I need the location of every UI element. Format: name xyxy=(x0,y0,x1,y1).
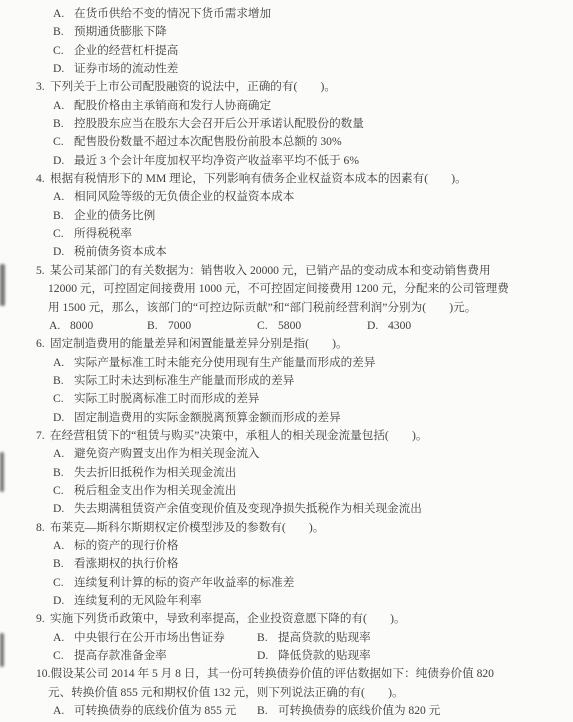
option: C.实际工时脱离标准工时而形成的差异 xyxy=(0,390,573,408)
option-text: 可转换债券的底线价值为 855 元 xyxy=(74,704,236,717)
option: B.7000 xyxy=(147,317,257,335)
option: C.连续复利计算的标的资产年收益率的标准差 xyxy=(0,574,573,592)
question-stem-text: 假设某公司 2014 年 5 月 8 日，其一份可转换债券价值的评估数据如下：纯… xyxy=(51,667,494,680)
option: C.所得税税率 xyxy=(0,225,573,243)
option-label: A. xyxy=(53,97,74,115)
question: 5.某公司某部门的有关数据为：销售收入 20000 元，已销产品的变动成本和变动… xyxy=(0,262,573,335)
question: 10.假设某公司 2014 年 5 月 8 日，其一份可转换债券价值的评估数据如… xyxy=(0,665,573,720)
option-label: C. xyxy=(53,133,74,151)
question-stem-text: 实施下列货币政策中，导致利率提高，企业投资意愿下降的有( )。 xyxy=(50,612,406,625)
option: D.4300 xyxy=(367,317,411,335)
option-label: B. xyxy=(147,317,168,335)
question-number: 9. xyxy=(36,610,50,628)
question: 8.布莱克—斯科尔斯期权定价模型涉及的参数有( )。A.标的资产的现行价格B.看… xyxy=(0,519,573,611)
option-text: 配股价格由主承销商和发行人协商确定 xyxy=(74,99,271,112)
option-text: 实际产量标准工时未能充分使用现有生产能量而形成的差异 xyxy=(74,356,375,369)
option: D.降低贷款的贴现率 xyxy=(257,647,371,665)
option-text: 企业的债务比例 xyxy=(74,209,155,222)
question-stem-line: 8.布莱克—斯科尔斯期权定价模型涉及的参数有( )。 xyxy=(0,519,573,537)
question-stem-line: 7.在经营租赁下的“租赁与购买”决策中，承租人的相关现金流量包括( )。 xyxy=(0,427,573,445)
option-label: C. xyxy=(53,225,74,243)
option-text: 连续复利计算的标的资产年收益率的标准差 xyxy=(74,576,294,589)
option: C.税后租金支出作为相关现金流出 xyxy=(0,482,573,500)
option: A.8000 xyxy=(49,317,147,335)
exam-page: A.在货币供给不变的情况下货币需求增加B.预期通货膨胀下降C.企业的经营杠杆提高… xyxy=(0,0,573,722)
question-stem-line: 6.固定制造费用的能量差异和闲置能量差异分别是指( )。 xyxy=(0,335,573,353)
option-row: C.提高存款准备金率D.降低贷款的贴现率 xyxy=(0,647,573,665)
option-text: 8000 xyxy=(70,319,93,332)
option: B.可转换债券的底线价值为 820 元 xyxy=(257,702,440,720)
option-label: B. xyxy=(53,23,74,41)
option: D.税前债务资本成本 xyxy=(0,243,573,261)
question-stem-line: 10.假设某公司 2014 年 5 月 8 日，其一份可转换债券价值的评估数据如… xyxy=(0,665,573,683)
option-label: D. xyxy=(53,243,74,261)
option-text: 相同风险等级的无负债企业的权益资本成本 xyxy=(74,190,294,203)
option-label: C. xyxy=(53,390,74,408)
option: B.看涨期权的执行价格 xyxy=(0,555,573,573)
option-text: 5800 xyxy=(278,319,301,332)
question-stem-text: 元、转换价值 855 元和期权价值 132 元，则下列说法正确的有( )。 xyxy=(48,686,404,699)
option-label: A. xyxy=(53,354,74,372)
question-number: 7. xyxy=(36,427,50,445)
question-stem-line: 5.某公司某部门的有关数据为：销售收入 20000 元，已销产品的变动成本和变动… xyxy=(0,262,573,280)
option-text: 7000 xyxy=(168,319,191,332)
option-label: B. xyxy=(53,555,74,573)
question-number: 3. xyxy=(36,78,50,96)
option-text: 证券市场的流动性差 xyxy=(74,62,178,75)
option-text: 4300 xyxy=(388,319,411,332)
option: A.避免资产购置支出作为相关现金流入 xyxy=(0,445,573,463)
option-text: 实际工时未达到标准生产能量而形成的差异 xyxy=(74,374,294,387)
question-stem-line: 用 1500 元，那么，该部门的“可控边际贡献”和“部门税前经营利润”分别为( … xyxy=(0,299,573,317)
option: A.可转换债券的底线价值为 855 元 xyxy=(53,702,257,720)
scan-artifact xyxy=(0,264,5,306)
question-stem-text: 根据有税情形下的 MM 理论，下列影响有债务企业权益资本成本的因素有( )。 xyxy=(50,172,467,185)
option: A.相同风险等级的无负债企业的权益资本成本 xyxy=(0,188,573,206)
question-stem-line: 9.实施下列货币政策中，导致利率提高，企业投资意愿下降的有( )。 xyxy=(0,610,573,628)
option-text: 实际工时脱离标准工时而形成的差异 xyxy=(74,392,260,405)
option-text: 最近 3 个会计年度加权平均净资产收益率平均不低于 6% xyxy=(74,154,359,167)
option-label: C. xyxy=(257,317,278,335)
question-stem-text: 在经营租赁下的“租赁与购买”决策中，承租人的相关现金流量包括( )。 xyxy=(50,429,427,442)
question: 4.根据有税情形下的 MM 理论，下列影响有债务企业权益资本成本的因素有( )。… xyxy=(0,170,573,262)
question: A.在货币供给不变的情况下货币需求增加B.预期通货膨胀下降C.企业的经营杠杆提高… xyxy=(0,5,573,78)
option-text: 配售股份数量不超过本次配售股份前股本总额的 30% xyxy=(74,135,342,148)
option-label: B. xyxy=(53,207,74,225)
option: B.实际工时未达到标准生产能量而形成的差异 xyxy=(0,372,573,390)
option-row: A.可转换债券的底线价值为 855 元B.可转换债券的底线价值为 820 元 xyxy=(0,702,573,720)
option-label: A. xyxy=(53,5,74,23)
question-stem-line: 元、转换价值 855 元和期权价值 132 元，则下列说法正确的有( )。 xyxy=(0,684,573,702)
question-stem-text: 布莱克—斯科尔斯期权定价模型涉及的参数有( )。 xyxy=(50,521,324,534)
option-label: C. xyxy=(53,482,74,500)
option-label: B. xyxy=(53,115,74,133)
question-stem-text: 某公司某部门的有关数据为：销售收入 20000 元，已销产品的变动成本和变动销售… xyxy=(50,264,491,277)
option-label: B. xyxy=(257,629,278,647)
option-text: 在货币供给不变的情况下货币需求增加 xyxy=(74,7,271,20)
option: D.失去期满租赁资产余值变现价值及变现净损失抵税作为相关现金流出 xyxy=(0,500,573,518)
option-label: A. xyxy=(53,629,74,647)
question: 3.下列关于上市公司配股融资的说法中，正确的有( )。A.配股价格由主承销商和发… xyxy=(0,78,573,170)
option-label: D. xyxy=(53,409,74,427)
option: C.配售股份数量不超过本次配售股份前股本总额的 30% xyxy=(0,133,573,151)
option-text: 所得税税率 xyxy=(74,227,132,240)
option-text: 提高贷款的贴现率 xyxy=(278,631,371,644)
option-text: 失去期满租赁资产余值变现价值及变现净损失抵税作为相关现金流出 xyxy=(74,502,422,515)
option-text: 看涨期权的执行价格 xyxy=(74,557,178,570)
option-label: D. xyxy=(367,317,388,335)
option-text: 预期通货膨胀下降 xyxy=(74,25,167,38)
option-text: 避免资产购置支出作为相关现金流入 xyxy=(74,447,260,460)
scan-artifact xyxy=(0,452,4,492)
option-label: D. xyxy=(53,592,74,610)
option: C.5800 xyxy=(257,317,367,335)
option-text: 企业的经营杠杆提高 xyxy=(74,44,178,57)
option-label: D. xyxy=(53,152,74,170)
option-label: B. xyxy=(53,372,74,390)
scan-artifact xyxy=(0,633,4,667)
question: 7.在经营租赁下的“租赁与购买”决策中，承租人的相关现金流量包括( )。A.避免… xyxy=(0,427,573,519)
option: B.提高贷款的贴现率 xyxy=(257,629,371,647)
question-stem-line: 4.根据有税情形下的 MM 理论，下列影响有债务企业权益资本成本的因素有( )。 xyxy=(0,170,573,188)
question-number: 8. xyxy=(36,519,50,537)
option: D.连续复利的无风险年利率 xyxy=(0,592,573,610)
question-stem-text: 12000 元，可控固定间接费用 1000 元，不可控固定间接费用 1200 元… xyxy=(48,282,509,295)
question-list: A.在货币供给不变的情况下货币需求增加B.预期通货膨胀下降C.企业的经营杠杆提高… xyxy=(0,5,573,720)
question-number: 4. xyxy=(36,170,50,188)
option-label: D. xyxy=(53,500,74,518)
option-label: B. xyxy=(53,464,74,482)
question-stem-text: 固定制造费用的能量差异和闲置能量差异分别是指( )。 xyxy=(50,337,348,350)
option: B.企业的债务比例 xyxy=(0,207,573,225)
option-text: 标的资产的现行价格 xyxy=(74,539,178,552)
question-number: 5. xyxy=(36,262,50,280)
option-text: 失去折旧抵税作为相关现金流出 xyxy=(74,466,236,479)
option-label: D. xyxy=(53,60,74,78)
option-label: B. xyxy=(257,702,278,720)
option: C.提高存款准备金率 xyxy=(53,647,257,665)
option: B.预期通货膨胀下降 xyxy=(0,23,573,41)
option: B.控股股东应当在股东大会召开后公开承诺认配股份的数量 xyxy=(0,115,573,133)
option-text: 控股股东应当在股东大会召开后公开承诺认配股份的数量 xyxy=(74,117,364,130)
option-text: 中央银行在公开市场出售证券 xyxy=(74,631,225,644)
option-text: 提高存款准备金率 xyxy=(74,649,167,662)
question: 6.固定制造费用的能量差异和闲置能量差异分别是指( )。A.实际产量标准工时未能… xyxy=(0,335,573,427)
option: A.标的资产的现行价格 xyxy=(0,537,573,555)
option-text: 降低贷款的贴现率 xyxy=(278,649,371,662)
option-label: A. xyxy=(49,317,70,335)
option-label: A. xyxy=(53,188,74,206)
option-text: 可转换债券的底线价值为 820 元 xyxy=(278,704,440,717)
option-label: D. xyxy=(257,647,278,665)
option: C.企业的经营杠杆提高 xyxy=(0,42,573,60)
option: B.失去折旧抵税作为相关现金流出 xyxy=(0,464,573,482)
question-stem-line: 12000 元，可控固定间接费用 1000 元，不可控固定间接费用 1200 元… xyxy=(0,280,573,298)
option-text: 固定制造费用的实际金额脱离预算金额而形成的差异 xyxy=(74,411,341,424)
question-number: 6. xyxy=(36,335,50,353)
option: D.最近 3 个会计年度加权平均净资产收益率平均不低于 6% xyxy=(0,152,573,170)
option: D.固定制造费用的实际金额脱离预算金额而形成的差异 xyxy=(0,409,573,427)
question-stem-text: 下列关于上市公司配股融资的说法中，正确的有( )。 xyxy=(50,80,336,93)
option-label: C. xyxy=(53,42,74,60)
option: A.实际产量标准工时未能充分使用现有生产能量而形成的差异 xyxy=(0,354,573,372)
question-stem-text: 用 1500 元，那么，该部门的“可控边际贡献”和“部门税前经营利润”分别为( … xyxy=(48,301,476,314)
option-label: A. xyxy=(53,702,74,720)
option: A.中央银行在公开市场出售证券 xyxy=(53,629,257,647)
option-row: A.8000B.7000C.5800D.4300 xyxy=(0,317,573,335)
option-label: C. xyxy=(53,574,74,592)
option: A.在货币供给不变的情况下货币需求增加 xyxy=(0,5,573,23)
option-row: A.中央银行在公开市场出售证券B.提高贷款的贴现率 xyxy=(0,629,573,647)
question: 9.实施下列货币政策中，导致利率提高，企业投资意愿下降的有( )。A.中央银行在… xyxy=(0,610,573,665)
option: A.配股价格由主承销商和发行人协商确定 xyxy=(0,97,573,115)
question-number: 10. xyxy=(36,665,51,683)
question-stem-line: 3.下列关于上市公司配股融资的说法中，正确的有( )。 xyxy=(0,78,573,96)
option-text: 税后租金支出作为相关现金流出 xyxy=(74,484,236,497)
option: D.证券市场的流动性差 xyxy=(0,60,573,78)
option-label: C. xyxy=(53,647,74,665)
option-text: 连续复利的无风险年利率 xyxy=(74,594,202,607)
option-label: A. xyxy=(53,445,74,463)
option-label: A. xyxy=(53,537,74,555)
option-text: 税前债务资本成本 xyxy=(74,245,167,258)
